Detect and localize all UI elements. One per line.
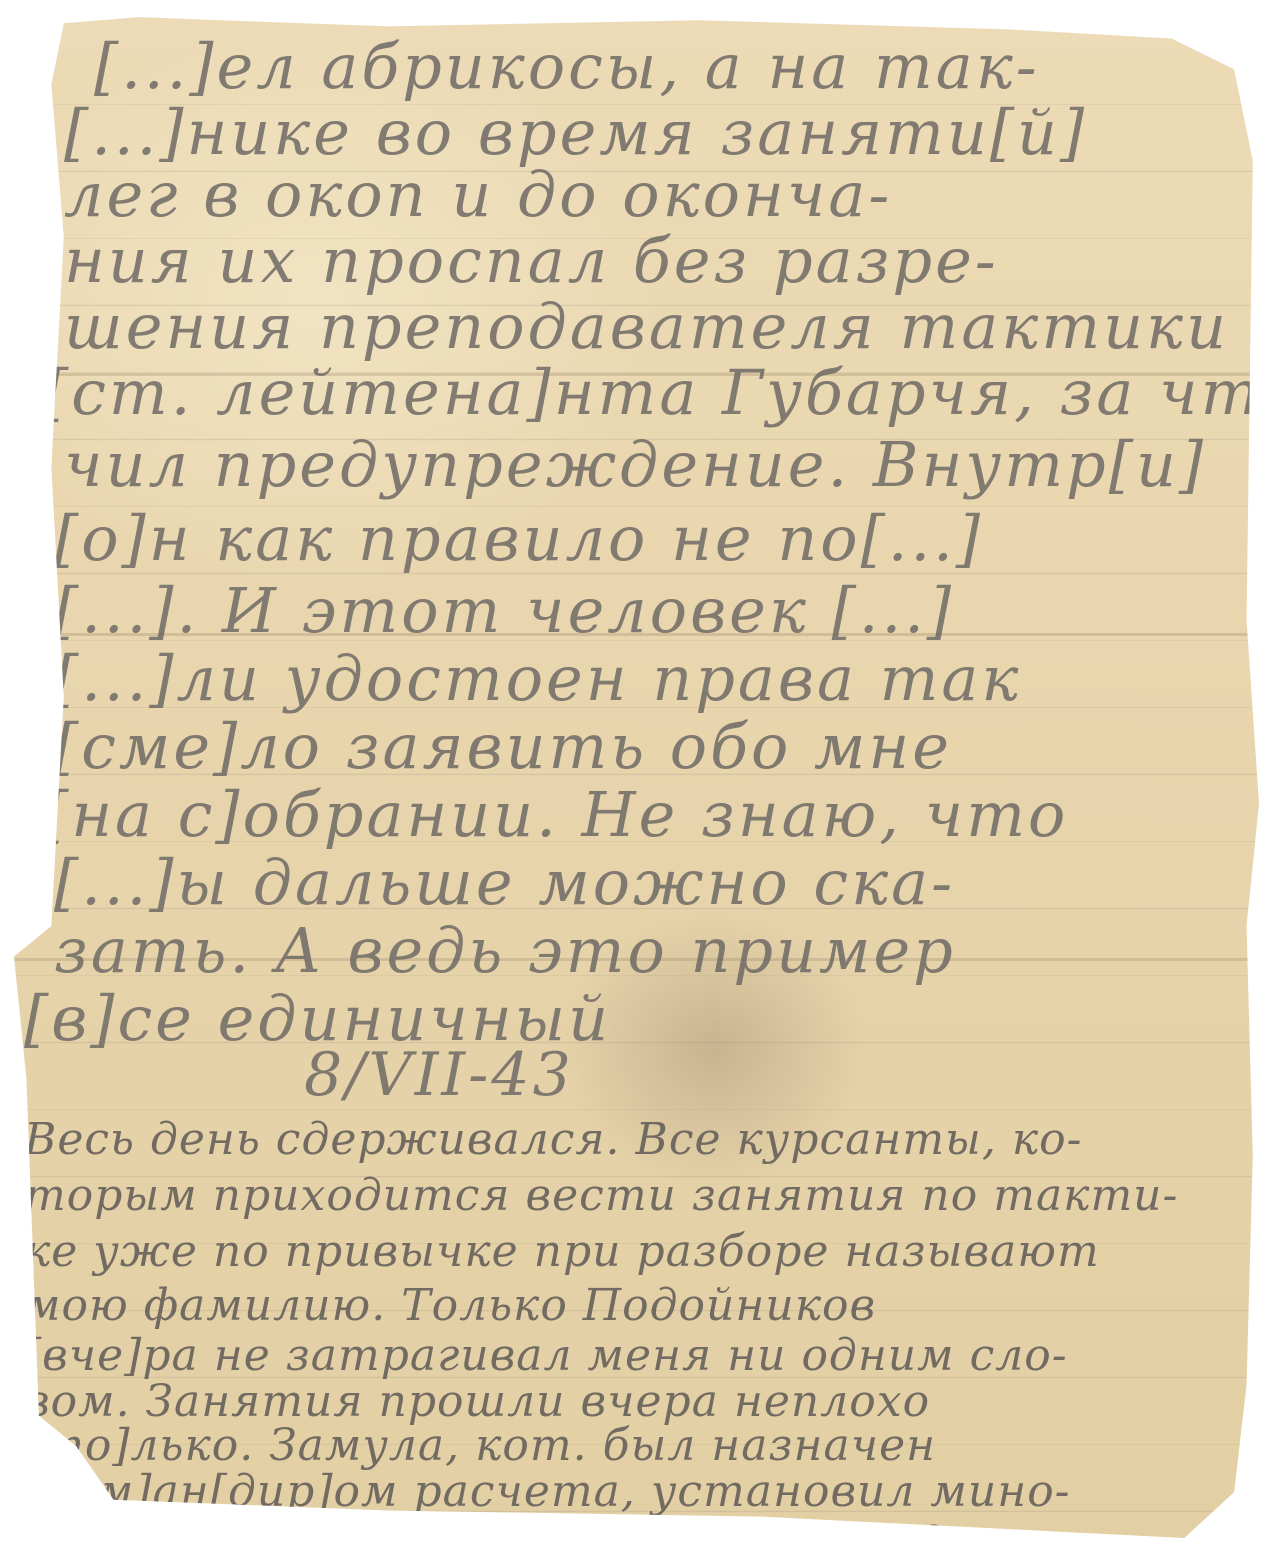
text-line: чил предупреждение. Внутр[и] bbox=[64, 428, 1206, 501]
text-line: торым приходится вести занятия по такти- bbox=[24, 1170, 1178, 1221]
text-line: [...]ли удостоен права так bbox=[54, 642, 1021, 715]
text-line: [то]лько. Замула, кот. был назначен bbox=[24, 1420, 936, 1471]
diary-page: [...]ел абрикосы, а на так- [...]нике во… bbox=[14, 8, 1259, 1538]
text-line: [на с]обрании. Не знаю, что bbox=[44, 778, 1068, 851]
text-line: [ст. лейтена]нта Губарчя, за что полу- bbox=[44, 356, 1265, 429]
text-line: ния их проспал без разре- bbox=[64, 224, 999, 297]
text-line: Весь день сдерживался. Все курсанты, ко- bbox=[24, 1114, 1083, 1165]
text-line: ке уже по привычке при разборе называют bbox=[24, 1226, 1100, 1277]
text-line: шения преподавателя тактики bbox=[64, 290, 1229, 363]
text-line: мет совсем в противоположную bbox=[124, 1508, 945, 1555]
text-line: зать. А ведь это пример bbox=[54, 914, 956, 987]
entry-date: 8/VII-43 bbox=[304, 1040, 574, 1110]
text-line: лег в окоп и до оконча- bbox=[64, 158, 892, 231]
text-line: [о]н как правило не по[...] bbox=[54, 502, 983, 575]
text-line: [сме]ло заявить обо мне bbox=[54, 710, 952, 783]
text-line: [...]ы дальше можно ска- bbox=[54, 846, 955, 919]
text-line: [...]ел абрикосы, а на так- bbox=[94, 30, 1040, 103]
text-line: [...]. И этот человек [...] bbox=[54, 574, 954, 647]
text-line: мою фамилию. Только Подойников bbox=[24, 1280, 876, 1331]
text-line: [вче]ра не затрагивал меня ни одним сло- bbox=[24, 1330, 1068, 1381]
